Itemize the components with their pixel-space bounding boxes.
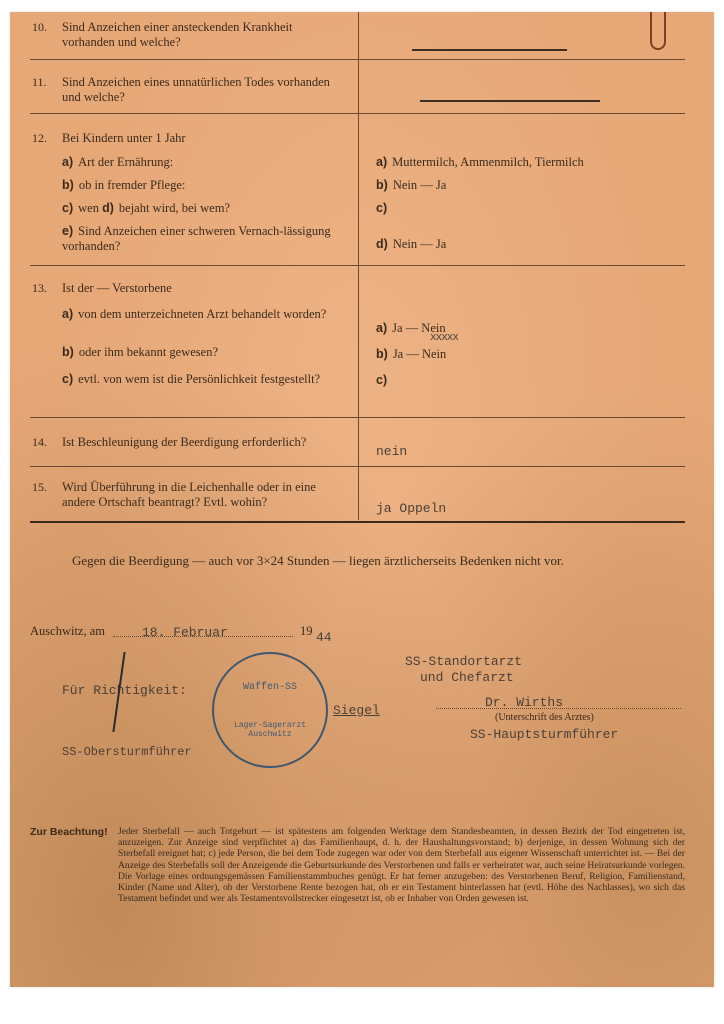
seal-text-top: Waffen-SS: [214, 682, 326, 693]
row-divider: [30, 113, 685, 114]
date-value: 18. Februar: [142, 625, 228, 640]
q12a-text: Art der Ernährung:: [78, 155, 173, 169]
q12-answer-d-letter: d): [376, 237, 388, 251]
notice-text: Jeder Sterbefall — auch Totgeburt — ist …: [118, 826, 685, 904]
q10-text: Sind Anzeichen einer ansteckenden Krankh…: [62, 20, 332, 50]
row-divider: [30, 265, 685, 266]
year-prefix: 19: [300, 624, 313, 639]
q13-answer-c-letter: c): [376, 373, 387, 387]
q12e-text: Sind Anzeichen einer schweren Vernach-lä…: [62, 224, 331, 253]
q12-answer-a-letter: a): [376, 155, 387, 169]
q13-answer-b-letter: b): [376, 347, 388, 361]
q12e-letter: e): [62, 224, 73, 238]
row-divider: [30, 59, 685, 60]
q14-text: Ist Beschleunigung der Beerdigung erford…: [62, 435, 306, 450]
row-divider: [30, 417, 685, 418]
burial-statement: Gegen die Beerdigung — auch vor 3×24 Stu…: [72, 553, 564, 568]
q11-number: 11.: [32, 75, 47, 90]
year-suffix: 44: [316, 630, 332, 645]
q12b-text: ob in fremder Pflege:: [79, 178, 186, 192]
q13-answer-b-text: Ja — Nein: [393, 347, 446, 361]
seal-label: Siegel: [333, 703, 380, 718]
q12-answer-c-letter: c): [376, 201, 387, 215]
place-label: Auschwitz, am: [30, 624, 105, 639]
office-title-2: und Chefarzt: [420, 670, 514, 685]
q13c: c)evtl. von wem ist die Persönlichkeit f…: [62, 372, 337, 387]
q14-number: 14.: [32, 435, 47, 450]
q11-text: Sind Anzeichen eines unnatürlichen Todes…: [62, 75, 332, 105]
q13a: a)von dem unterzeichneten Arzt behandelt…: [62, 307, 337, 322]
q13b-text: oder ihm bekannt gewesen?: [79, 345, 218, 359]
q13a-text: von dem unterzeichneten Arzt behandelt w…: [78, 307, 326, 321]
q13-answer-a-overtype: xxxxx: [430, 332, 458, 344]
q12-answer-c: c): [376, 201, 392, 216]
q13-text: Ist der — Verstorbene: [62, 281, 172, 296]
q10-answer-blank: [412, 49, 567, 51]
section-divider: [30, 521, 685, 523]
q14-answer: nein: [376, 444, 407, 459]
q12c-letter: c): [62, 201, 73, 215]
q13-answer-b: b)Ja — Nein: [376, 347, 446, 362]
q12d-letter: d): [102, 201, 114, 215]
certification-label: Für Richtigkeit:: [62, 683, 187, 698]
q12-answer-b-letter: b): [376, 178, 388, 192]
q11-answer-blank: [420, 100, 600, 102]
q13c-letter: c): [62, 372, 73, 386]
signature-caption: (Unterschrift des Arztes): [495, 710, 594, 725]
q13b-letter: b): [62, 345, 74, 359]
q12b: b)ob in fremder Pflege:: [62, 178, 185, 193]
office-title: SS-Standortarzt: [405, 654, 522, 669]
rank-right: SS-Hauptsturmführer: [470, 727, 618, 742]
q10-number: 10.: [32, 20, 47, 35]
signer-name: Dr. Wirths: [485, 695, 563, 710]
q12d-text: bejaht wird, bei wem?: [119, 201, 230, 215]
q13-answer-a-letter: a): [376, 321, 387, 335]
rank-left: SS-Obersturmführer: [62, 745, 192, 759]
q13-answer-c: c): [376, 373, 392, 388]
q12-text: Bei Kindern unter 1 Jahr: [62, 131, 186, 146]
row-divider: [30, 466, 685, 467]
q15-number: 15.: [32, 480, 47, 495]
q12-number: 12.: [32, 131, 47, 146]
q12a: a)Art der Ernährung:: [62, 155, 173, 170]
notice-label: Zur Beachtung!: [30, 826, 108, 838]
q12-answer-b: b)Nein — Ja: [376, 178, 446, 193]
clip-mark: [650, 12, 666, 50]
q12a-letter: a): [62, 155, 73, 169]
seal-text-bottom: Lager-Sagerarzt Auschwitz: [214, 721, 326, 739]
q12-answer-d-text: Nein — Ja: [393, 237, 446, 251]
q15-text: Wird Überführung in die Leichenhalle ode…: [62, 480, 337, 510]
q12-answer-a: a)Muttermilch, Ammenmilch, Tiermilch: [376, 155, 584, 170]
official-seal: Waffen-SS Lager-Sagerarzt Auschwitz: [212, 652, 328, 768]
q13c-text: evtl. von wem ist die Persönlichkeit fes…: [78, 372, 320, 386]
q12-answer-d: d)Nein — Ja: [376, 237, 446, 252]
q15-answer: ja Oppeln: [376, 501, 446, 516]
q12-answer-a-text: Muttermilch, Ammenmilch, Tiermilch: [392, 155, 584, 169]
q13b: b)oder ihm bekannt gewesen?: [62, 345, 218, 360]
column-divider: [358, 12, 359, 520]
q12c-text: wen: [78, 201, 99, 215]
q12c: c)wen d)bejaht wird, bei wem?: [62, 201, 230, 216]
q13a-letter: a): [62, 307, 73, 321]
q12b-letter: b): [62, 178, 74, 192]
q12-answer-b-text: Nein — Ja: [393, 178, 446, 192]
q12e: e)Sind Anzeichen einer schweren Vernach-…: [62, 224, 337, 254]
q13-number: 13.: [32, 281, 47, 296]
